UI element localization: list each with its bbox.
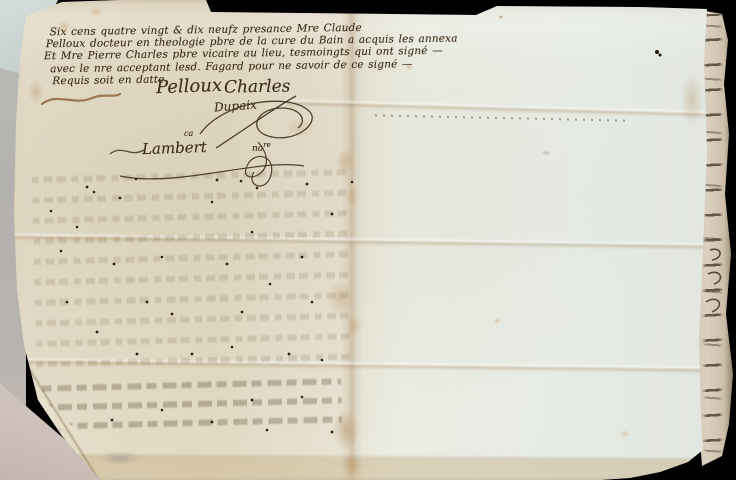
manuscript-photo: Six cens quatre vingt & dix neufz presan… [0, 0, 736, 480]
signature-charles: Charles [224, 76, 291, 97]
signature-dupaix: Dupaix [214, 98, 258, 115]
notary-base: no [252, 144, 263, 154]
notary-sup: re [263, 141, 271, 149]
ink-bleed-through-lower [41, 374, 342, 435]
signature-lambert-small-letters: ca [184, 129, 193, 138]
cut-off-writing-marks [702, 14, 726, 460]
ink-bleed-through [32, 164, 353, 380]
notary-abbreviation: nore [252, 141, 271, 154]
signature-lambert: Lambert [142, 138, 207, 158]
signature-pelloux: Pelloux [156, 75, 223, 98]
paper-sheet: Six cens quatre vingt & dix neufz presan… [0, 0, 736, 480]
